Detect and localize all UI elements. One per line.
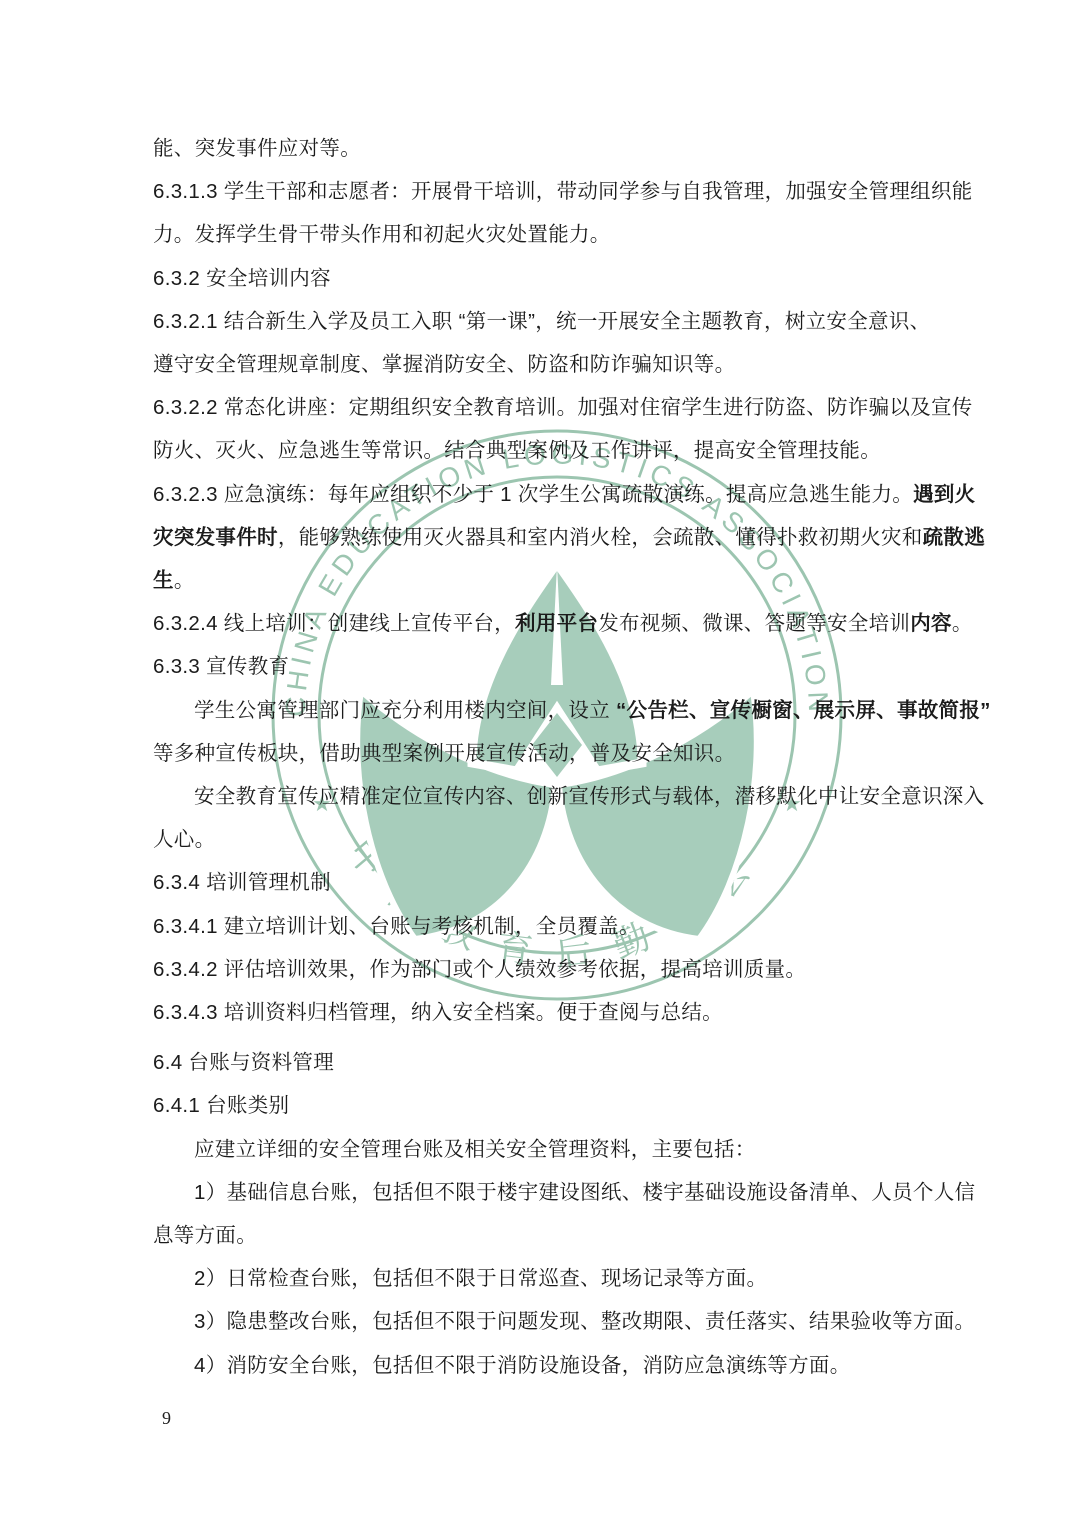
text-line: 6.4.1 台账类别: [153, 1084, 943, 1127]
bold-text-segment: 内容: [910, 612, 952, 635]
page-number: 9: [162, 1408, 171, 1429]
text-segment: 应建立详细的安全管理台账及相关安全管理资料，主要包括：: [194, 1138, 756, 1161]
text-line: 6.4 台账与资料管理: [153, 1041, 943, 1084]
text-segment: 4）消防安全台账，包括但不限于消防设施设备，消防应急演练等方面。: [194, 1354, 851, 1377]
text-line: 3）隐患整改台账，包括但不限于问题发现、整改期限、责任落实、结果验收等方面。: [153, 1300, 943, 1343]
bold-text-segment: 利用平台: [515, 612, 598, 635]
text-line: 能、突发事件应对等。: [153, 127, 943, 170]
text-line: 人心。: [153, 818, 943, 861]
text-segment: 力。发挥学生骨干带头作用和初起火灾处置能力。: [153, 223, 611, 246]
text-segment: 6.3.2.4 线上培训：创建线上宣传平台，: [153, 612, 515, 635]
text-line: 灾突发事件时，能够熟练使用灭火器具和室内消火栓，会疏散、懂得扑救初期火灾和疏散逃: [153, 516, 943, 559]
text-segment: 6.3.2.1 结合新生入学及员工入职 “第一课”，统一开展安全主题教育，树立安…: [153, 310, 930, 333]
text-segment: 6.3.2.3 应急演练：每年应组织不少于 1 次学生公寓疏散演练。提高应急逃生…: [153, 483, 913, 506]
text-segment: 能、突发事件应对等。: [153, 137, 361, 160]
text-line: 6.3.2.2 常态化讲座：定期组织安全教育培训。加强对住宿学生进行防盗、防诈骗…: [153, 386, 943, 429]
bold-text-segment: 疏散逃: [923, 526, 985, 549]
text-segment: 。: [174, 569, 195, 592]
text-segment: 6.3.2 安全培训内容: [153, 267, 331, 290]
text-segment: 人心。: [153, 828, 215, 851]
text-segment: 发布视频、微课、答题等安全培训: [598, 612, 910, 635]
text-segment: 6.3.2.2 常态化讲座：定期组织安全教育培训。加强对住宿学生进行防盗、防诈骗…: [153, 396, 973, 419]
text-line: 应建立详细的安全管理台账及相关安全管理资料，主要包括：: [153, 1128, 943, 1171]
text-line: 息等方面。: [153, 1214, 943, 1257]
text-segment: 遵守安全管理规章制度、掌握消防安全、防盗和防诈骗知识等。: [153, 353, 735, 376]
text-segment: ，能够熟练使用灭火器具和室内消火栓，会疏散、懂得扑救初期火灾和: [278, 526, 923, 549]
text-segment: 等多种宣传板块，借助典型案例开展宣传活动，普及安全知识。: [153, 742, 735, 765]
text-line: 6.3.4.1 建立培训计划、台账与考核机制，全员覆盖。: [153, 905, 943, 948]
text-segment: 学生公寓管理部门应充分利用楼内空间，设立: [194, 699, 616, 722]
text-line: 等多种宣传板块，借助典型案例开展宣传活动，普及安全知识。: [153, 732, 943, 775]
text-line: 生。: [153, 559, 943, 602]
body-text: 能、突发事件应对等。6.3.1.3 学生干部和志愿者：开展骨干培训，带动同学参与…: [153, 127, 943, 1387]
bold-text-segment: 生: [153, 569, 174, 592]
text-segment: 。: [952, 612, 973, 635]
text-line: 6.3.1.3 学生干部和志愿者：开展骨干培训，带动同学参与自我管理，加强安全管…: [153, 170, 943, 213]
text-segment: 安全教育宣传应精准定位宣传内容、创新宣传形式与载体，潜移默化中让安全意识深入: [194, 785, 984, 808]
text-line: 6.3.4 培训管理机制: [153, 861, 943, 904]
text-segment: 息等方面。: [153, 1224, 257, 1247]
document-page: CHINA EDUCATION LOGISTICS ASSOCIATION 中国…: [0, 0, 1080, 1527]
text-segment: 6.4 台账与资料管理: [153, 1051, 334, 1074]
text-line: 6.3.4.2 评估培训效果，作为部门或个人绩效参考依据，提高培训质量。: [153, 948, 943, 991]
text-segment: 6.4.1 台账类别: [153, 1094, 289, 1117]
text-segment: 6.3.4.2 评估培训效果，作为部门或个人绩效参考依据，提高培训质量。: [153, 958, 806, 981]
text-segment: 6.3.3 宣传教育: [153, 655, 289, 678]
text-line: 学生公寓管理部门应充分利用楼内空间，设立 “公告栏、宣传橱窗、展示屏、事故简报”: [153, 689, 943, 732]
text-line: 6.3.2 安全培训内容: [153, 257, 943, 300]
bold-text-segment: 遇到火: [913, 483, 975, 506]
text-segment: 2）日常检查台账，包括但不限于日常巡查、现场记录等方面。: [194, 1267, 767, 1290]
text-line: 6.3.3 宣传教育: [153, 645, 943, 688]
text-segment: 6.3.4 培训管理机制: [153, 871, 331, 894]
text-line: 6.3.2.4 线上培训：创建线上宣传平台，利用平台发布视频、微课、答题等安全培…: [153, 602, 943, 645]
text-segment: 6.3.4.3 培训资料归档管理，纳入安全档案。便于查阅与总结。: [153, 1001, 723, 1024]
text-line: 防火、灭火、应急逃生等常识。结合典型案例及工作讲评，提高安全管理技能。: [153, 429, 943, 472]
text-line: 遵守安全管理规章制度、掌握消防安全、防盗和防诈骗知识等。: [153, 343, 943, 386]
text-line: 4）消防安全台账，包括但不限于消防设施设备，消防应急演练等方面。: [153, 1344, 943, 1387]
bold-text-segment: 灾突发事件时: [153, 526, 278, 549]
text-segment: 防火、灭火、应急逃生等常识。结合典型案例及工作讲评，提高安全管理技能。: [153, 439, 881, 462]
text-line: 安全教育宣传应精准定位宣传内容、创新宣传形式与载体，潜移默化中让安全意识深入: [153, 775, 943, 818]
bold-text-segment: “公告栏、宣传橱窗、展示屏、事故简报”: [616, 699, 991, 722]
text-segment: 6.3.4.1 建立培训计划、台账与考核机制，全员覆盖。: [153, 915, 640, 938]
text-line: 力。发挥学生骨干带头作用和初起火灾处置能力。: [153, 213, 943, 256]
text-line: 6.3.2.1 结合新生入学及员工入职 “第一课”，统一开展安全主题教育，树立安…: [153, 300, 943, 343]
text-segment: 6.3.1.3 学生干部和志愿者：开展骨干培训，带动同学参与自我管理，加强安全管…: [153, 180, 973, 203]
text-line: 2）日常检查台账，包括但不限于日常巡查、现场记录等方面。: [153, 1257, 943, 1300]
text-line: 1）基础信息台账，包括但不限于楼宇建设图纸、楼宇基础设施设备清单、人员个人信: [153, 1171, 943, 1214]
text-segment: 1）基础信息台账，包括但不限于楼宇建设图纸、楼宇基础设施设备清单、人员个人信: [194, 1181, 975, 1204]
text-line: 6.3.4.3 培训资料归档管理，纳入安全档案。便于查阅与总结。: [153, 991, 943, 1034]
text-line: 6.3.2.3 应急演练：每年应组织不少于 1 次学生公寓疏散演练。提高应急逃生…: [153, 473, 943, 516]
text-segment: 3）隐患整改台账，包括但不限于问题发现、整改期限、责任落实、结果验收等方面。: [194, 1310, 975, 1333]
